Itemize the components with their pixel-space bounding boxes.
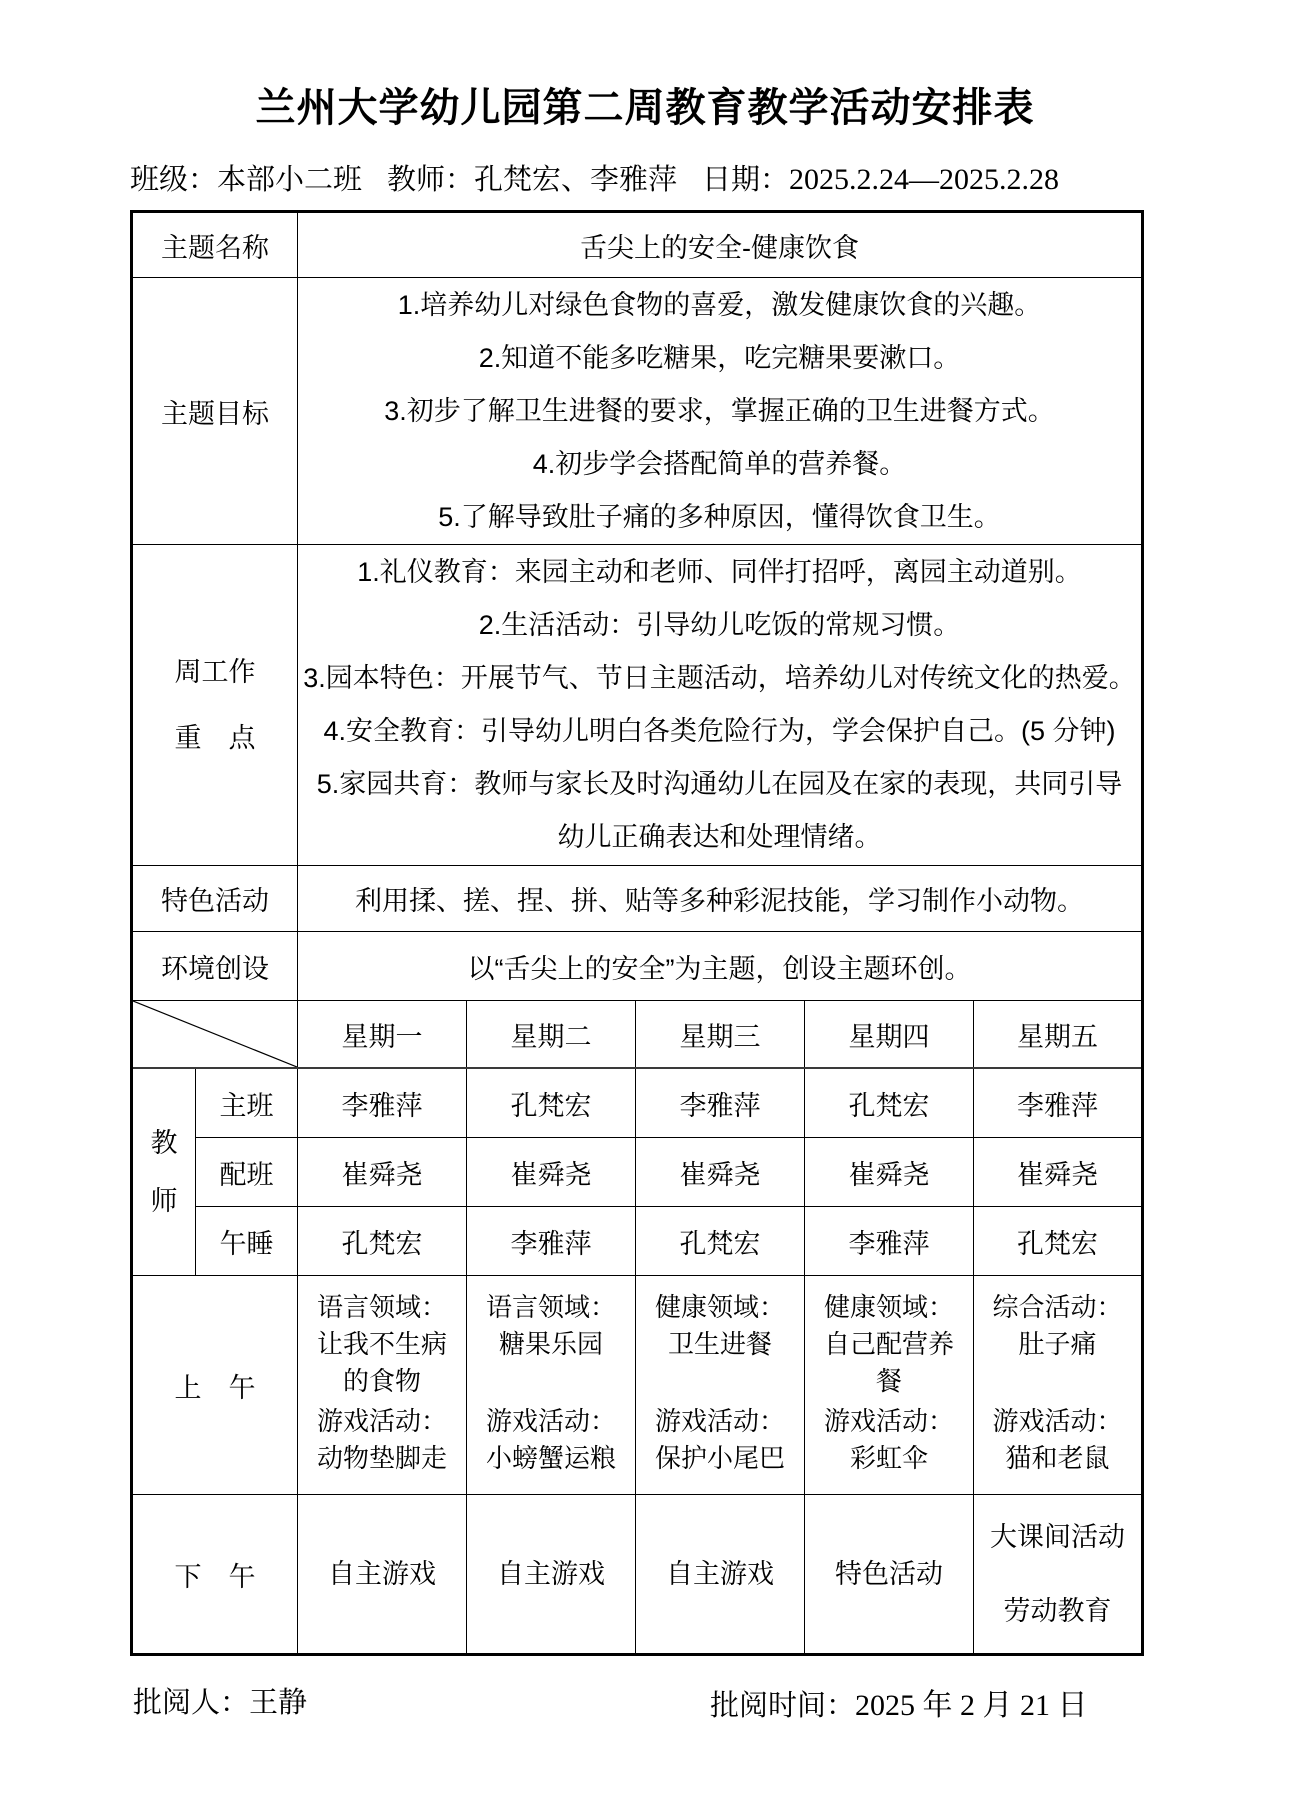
row-special-activity: 特色活动 利用揉、搓、捏、拼、贴等多种彩泥技能，学习制作小动物。 <box>132 866 1143 932</box>
teacher-cell: 崔舜尧 <box>298 1138 467 1207</box>
teacher-cell: 李雅萍 <box>298 1068 467 1138</box>
morning-cell-tue: 语言领域： 糖果乐园 游戏活动： 小螃蟹运粮 <box>467 1276 636 1495</box>
row-teacher-nap: 午睡 孔梵宏 李雅萍 孔梵宏 李雅萍 孔梵宏 <box>132 1207 1143 1276</box>
weekday-header-tue: 星期二 <box>467 1001 636 1069</box>
label-week-focus: 周工作 重 点 <box>132 545 298 866</box>
teacher-cell: 崔舜尧 <box>805 1138 974 1207</box>
weekday-header-fri: 星期五 <box>974 1001 1143 1069</box>
morning-lesson: 综合活动： 肚子痛 <box>993 1289 1123 1363</box>
weekday-header-wed: 星期三 <box>636 1001 805 1069</box>
label-main-class: 主班 <box>196 1068 298 1138</box>
teacher-cell: 李雅萍 <box>636 1068 805 1138</box>
review-time-label: 批阅时间： <box>710 1690 855 1722</box>
teacher-cell: 孔梵宏 <box>298 1207 467 1276</box>
label-nap: 午睡 <box>196 1207 298 1276</box>
morning-cell-wed: 健康领域： 卫生进餐 游戏活动： 保护小尾巴 <box>636 1276 805 1495</box>
review-time-value: 2025 年 2 月 21 日 <box>855 1689 1088 1722</box>
teacher-cell: 孔梵宏 <box>467 1068 636 1138</box>
theme-name-value: 舌尖上的安全-健康饮食 <box>298 212 1143 278</box>
meta-class: 班级：本部小二班 <box>130 157 362 198</box>
teacher-cell: 孔梵宏 <box>805 1068 974 1138</box>
afternoon-cell-mon: 自主游戏 <box>298 1495 467 1655</box>
morning-lesson: 健康领域： 卫生进餐 <box>655 1289 785 1363</box>
row-theme-name: 主题名称 舌尖上的安全-健康饮食 <box>132 212 1143 278</box>
environment-text: 以“舌尖上的安全”为主题，创设主题环创。 <box>298 932 1143 1001</box>
row-afternoon: 下 午 自主游戏 自主游戏 自主游戏 特色活动 大课间活动 劳动教育 <box>132 1495 1143 1655</box>
label-theme-name: 主题名称 <box>132 212 298 278</box>
teacher-cell: 崔舜尧 <box>636 1138 805 1207</box>
teacher-cell: 崔舜尧 <box>974 1138 1143 1207</box>
afternoon-cell-thu: 特色活动 <box>805 1495 974 1655</box>
morning-game: 游戏活动： 动物垫脚走 <box>317 1403 447 1477</box>
row-theme-goals: 主题目标 1.培养幼儿对绿色食物的喜爱，激发健康饮食的兴趣。 2.知道不能多吃糖… <box>132 278 1143 545</box>
row-environment: 环境创设 以“舌尖上的安全”为主题，创设主题环创。 <box>132 932 1143 1001</box>
teacher-cell: 孔梵宏 <box>974 1207 1143 1276</box>
afternoon-cell-fri: 大课间活动 劳动教育 <box>974 1495 1143 1655</box>
document-page: 兰州大学幼儿园第二周教育教学活动安排表 班级：本部小二班 教师：孔梵宏、李雅萍 … <box>0 76 1290 1722</box>
label-theme-goals: 主题目标 <box>132 278 298 545</box>
morning-game: 游戏活动： 小螃蟹运粮 <box>486 1403 616 1477</box>
label-morning: 上 午 <box>132 1276 298 1495</box>
afternoon-cell-wed: 自主游戏 <box>636 1495 805 1655</box>
teacher-cell: 李雅萍 <box>467 1207 636 1276</box>
morning-lesson: 语言领域： 让我不生病 的食物 <box>317 1289 447 1400</box>
label-special-activity: 特色活动 <box>132 866 298 932</box>
review-time: 批阅时间：2025 年 2 月 21 日 <box>710 1680 1088 1724</box>
meta-date: 日期：2025.2.24—2025.2.28 <box>702 157 1059 198</box>
schedule-table: 主题名称 舌尖上的安全-健康饮食 主题目标 1.培养幼儿对绿色食物的喜爱，激发健… <box>130 210 1144 1656</box>
diagonal-cell <box>132 1001 298 1069</box>
weekday-header-thu: 星期四 <box>805 1001 974 1069</box>
afternoon-cell-tue: 自主游戏 <box>467 1495 636 1655</box>
row-teacher-main: 教 师 主班 李雅萍 孔梵宏 李雅萍 孔梵宏 李雅萍 <box>132 1068 1143 1138</box>
teacher-cell: 李雅萍 <box>805 1207 974 1276</box>
row-weekday-header: 星期一 星期二 星期三 星期四 星期五 <box>132 1001 1143 1069</box>
meta-date-value: 2025.2.24—2025.2.28 <box>789 163 1059 196</box>
morning-lesson: 语言领域： 糖果乐园 <box>486 1289 616 1363</box>
footer: 批阅人：王静 批阅时间：2025 年 2 月 21 日 <box>133 1680 1144 1722</box>
label-afternoon: 下 午 <box>132 1495 298 1655</box>
morning-game: 游戏活动： 保护小尾巴 <box>655 1403 785 1477</box>
morning-game: 游戏活动： 彩虹伞 <box>824 1403 954 1477</box>
meta-teachers: 教师：孔梵宏、李雅萍 <box>387 157 677 198</box>
reviewer-name: 王静 <box>249 1687 307 1719</box>
reviewer-label: 批阅人： <box>133 1687 249 1719</box>
teacher-cell: 崔舜尧 <box>467 1138 636 1207</box>
morning-cell-fri: 综合活动： 肚子痛 游戏活动： 猫和老鼠 <box>974 1276 1143 1495</box>
week-focus-text: 1.礼仪教育：来园主动和老师、同伴打招呼，离园主动道别。 2.生活活动：引导幼儿… <box>298 545 1143 866</box>
page-title: 兰州大学幼儿园第二周教育教学活动安排表 <box>0 76 1290 133</box>
morning-lesson: 健康领域： 自己配营养 餐 <box>824 1289 954 1400</box>
reviewer: 批阅人：王静 <box>133 1687 307 1719</box>
teacher-cell: 孔梵宏 <box>636 1207 805 1276</box>
meta-line: 班级：本部小二班 教师：孔梵宏、李雅萍 日期：2025.2.24—2025.2.… <box>130 157 1165 198</box>
morning-cell-mon: 语言领域： 让我不生病 的食物 游戏活动： 动物垫脚走 <box>298 1276 467 1495</box>
row-teacher-assist: 配班 崔舜尧 崔舜尧 崔舜尧 崔舜尧 崔舜尧 <box>132 1138 1143 1207</box>
morning-cell-thu: 健康领域： 自己配营养 餐 游戏活动： 彩虹伞 <box>805 1276 974 1495</box>
row-week-focus: 周工作 重 点 1.礼仪教育：来园主动和老师、同伴打招呼，离园主动道别。 2.生… <box>132 545 1143 866</box>
morning-game: 游戏活动： 猫和老鼠 <box>993 1403 1123 1477</box>
label-assist-class: 配班 <box>196 1138 298 1207</box>
teacher-cell: 李雅萍 <box>974 1068 1143 1138</box>
special-activity-text: 利用揉、搓、捏、拼、贴等多种彩泥技能，学习制作小动物。 <box>298 866 1143 932</box>
theme-goals-text: 1.培养幼儿对绿色食物的喜爱，激发健康饮食的兴趣。 2.知道不能多吃糖果，吃完糖… <box>298 278 1143 545</box>
row-morning: 上 午 语言领域： 让我不生病 的食物 游戏活动： 动物垫脚走 语言领域： 糖果… <box>132 1276 1143 1495</box>
meta-date-label: 日期： <box>702 164 789 196</box>
diagonal-line-icon <box>133 1001 297 1067</box>
label-environment: 环境创设 <box>132 932 298 1001</box>
weekday-header-mon: 星期一 <box>298 1001 467 1069</box>
teachers-group-label: 教 师 <box>132 1068 196 1276</box>
